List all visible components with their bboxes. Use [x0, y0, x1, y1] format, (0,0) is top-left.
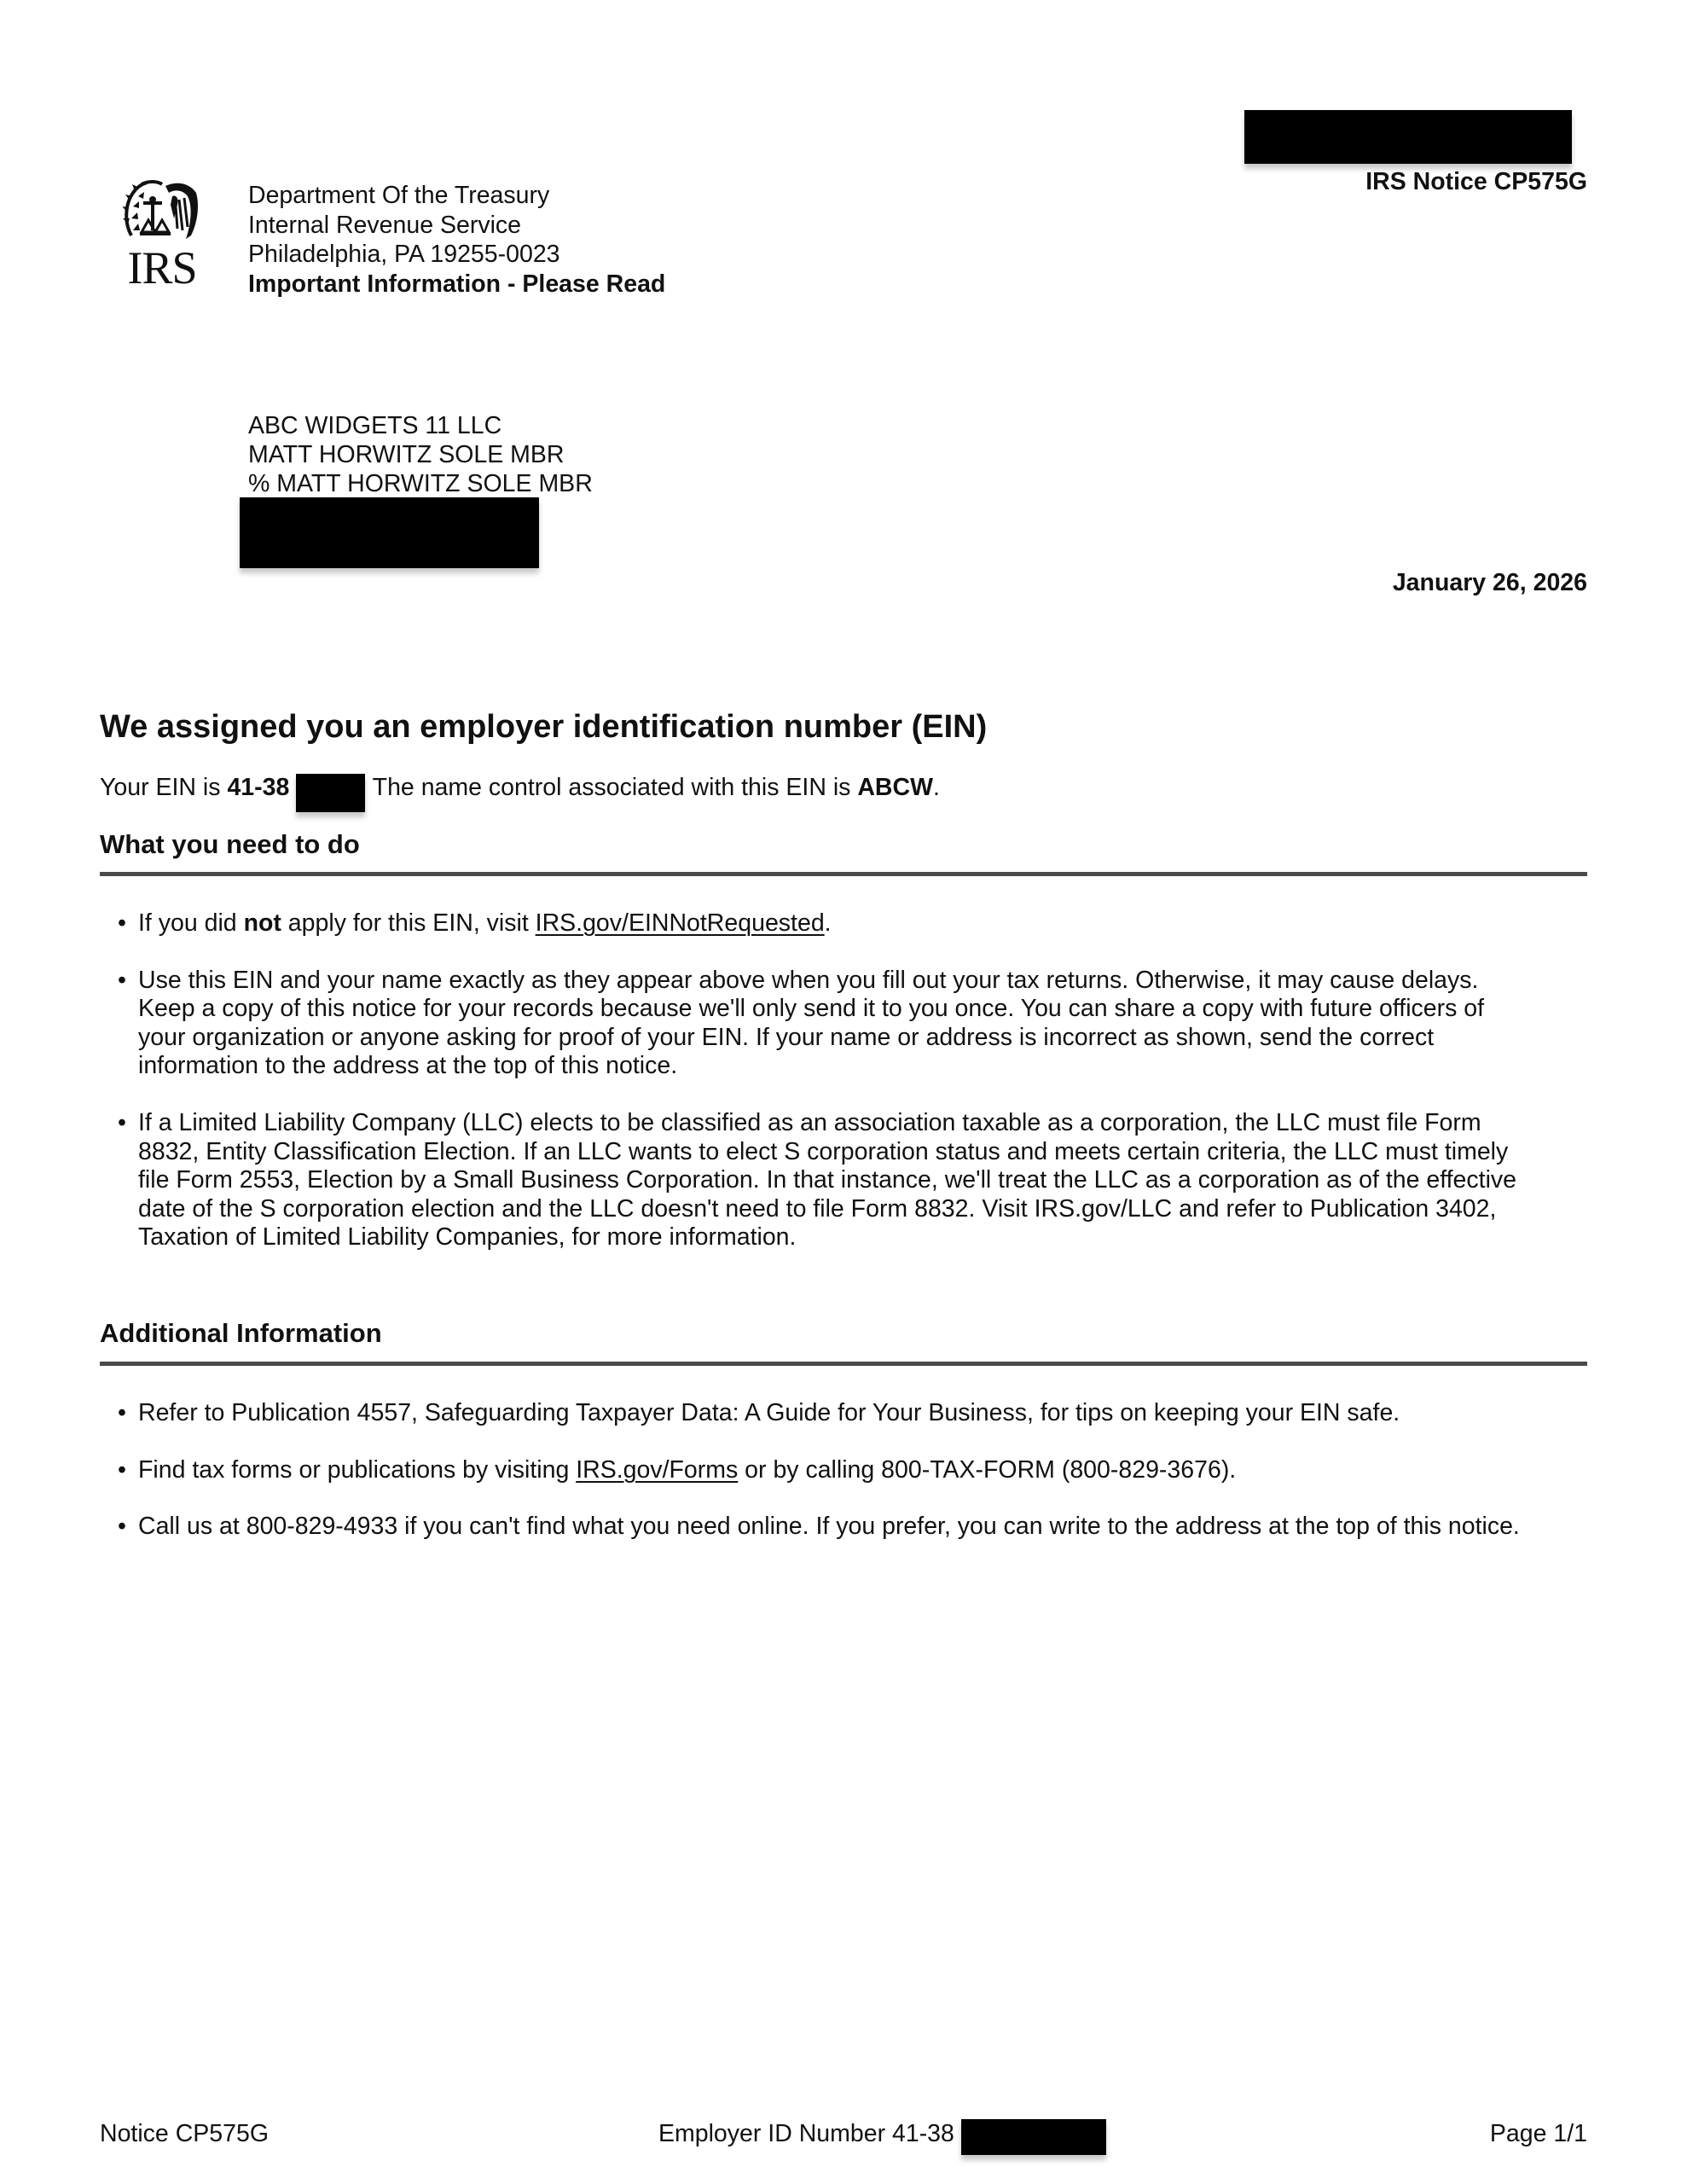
- recipient-line-member: MATT HORWITZ SOLE MBR: [248, 440, 593, 469]
- bullet-text: If a Limited Liability Company (LLC) ele…: [138, 1109, 1593, 1138]
- bullet-text: or by calling 800-TAX-FORM (800-829-3676…: [738, 1456, 1236, 1484]
- sender-line-city: Philadelphia, PA 19255-0023: [248, 240, 665, 270]
- page-title: We assigned you an employer identificati…: [100, 709, 987, 746]
- redacted-block-top: [1244, 110, 1572, 164]
- ein-visible: 41-38: [227, 774, 289, 801]
- important-notice-label: Important Information - Please Read: [248, 270, 665, 299]
- bullet-icon: •: [118, 1513, 126, 1542]
- bullet-text: .: [825, 909, 832, 937]
- bullet-text: Call us at 800-829-4933 if you can't fin…: [138, 1513, 1520, 1540]
- redacted-footer-ein: [961, 2119, 1106, 2155]
- footer-notice-id: Notice CP575G: [100, 2120, 269, 2148]
- list-item: • Refer to Publication 4557, Safeguardin…: [118, 1399, 1593, 1428]
- section-divider: [100, 1362, 1587, 1366]
- bullet-icon: •: [118, 967, 126, 996]
- irs-eagle-emblem-icon: [123, 179, 200, 247]
- additional-info-list: • Refer to Publication 4557, Safeguardin…: [118, 1399, 1593, 1542]
- bullet-text: Find tax forms or publications by visiti…: [138, 1456, 576, 1484]
- ein-statement: Your EIN is 41-38. The name control asso…: [100, 774, 940, 802]
- list-item: • Find tax forms or publications by visi…: [118, 1456, 1593, 1485]
- footer-page-number: Page 1/1: [1490, 2120, 1587, 2148]
- bullet-text: 8832, Entity Classification Election. If…: [138, 1138, 1593, 1167]
- recipient-address: ABC WIDGETS 11 LLC MATT HORWITZ SOLE MBR…: [248, 411, 593, 499]
- ein-prefix: Your EIN is: [100, 774, 227, 801]
- footer-employer-id: Employer ID Number 41-38: [658, 2120, 954, 2148]
- name-control: ABCW: [857, 774, 933, 801]
- irs-logo: IRS: [123, 179, 201, 288]
- irs-logo-text: IRS: [123, 244, 201, 292]
- irs-forms-link[interactable]: IRS.gov/Forms: [576, 1456, 738, 1484]
- notice-date: January 26, 2026: [1393, 569, 1587, 597]
- sender-address: Department Of the Treasury Internal Reve…: [248, 181, 665, 299]
- redacted-ein: [296, 774, 365, 812]
- ein-not-requested-link[interactable]: IRS.gov/EINNotRequested: [536, 909, 825, 937]
- bullet-icon: •: [118, 1399, 126, 1428]
- bullet-text: If you did: [138, 909, 244, 937]
- list-item: • If a Limited Liability Company (LLC) e…: [118, 1109, 1593, 1252]
- bullet-text: your organization or anyone asking for p…: [138, 1024, 1593, 1053]
- bullet-text-bold: not: [244, 909, 281, 937]
- list-item: • Use this EIN and your name exactly as …: [118, 967, 1593, 1081]
- bullet-icon: •: [118, 909, 126, 938]
- bullet-text: file Form 2553, Election by a Small Busi…: [138, 1166, 1593, 1195]
- ein-suffix: . The name control associated with this …: [359, 774, 857, 801]
- sender-line-agency: Internal Revenue Service: [248, 211, 665, 241]
- recipient-line-company: ABC WIDGETS 11 LLC: [248, 411, 593, 440]
- bullet-text: Keep a copy of this notice for your reco…: [138, 995, 1593, 1024]
- bullet-text: Use this EIN and your name exactly as th…: [138, 967, 1593, 996]
- what-to-do-list: • If you did not apply for this EIN, vis…: [118, 909, 1593, 1252]
- notice-id: IRS Notice CP575G: [1365, 168, 1587, 196]
- bullet-text: Refer to Publication 4557, Safeguarding …: [138, 1399, 1400, 1426]
- sender-line-department: Department Of the Treasury: [248, 181, 665, 211]
- bullet-text: information to the address at the top of…: [138, 1052, 1593, 1081]
- section-heading-additional-info: Additional Information: [100, 1318, 382, 1349]
- bullet-text: apply for this EIN, visit: [281, 909, 536, 937]
- bullet-icon: •: [118, 1456, 126, 1485]
- list-item: • Call us at 800-829-4933 if you can't f…: [118, 1513, 1593, 1542]
- section-heading-what-to-do: What you need to do: [100, 829, 360, 860]
- bullet-text: date of the S corporation election and t…: [138, 1195, 1593, 1224]
- section-divider: [100, 872, 1587, 876]
- recipient-line-care-of: % MATT HORWITZ SOLE MBR: [248, 469, 593, 498]
- bullet-icon: •: [118, 1109, 126, 1138]
- ein-end: .: [933, 774, 940, 801]
- bullet-text: Taxation of Limited Liability Companies,…: [138, 1223, 1593, 1252]
- redacted-address: [240, 497, 539, 568]
- list-item: • If you did not apply for this EIN, vis…: [118, 909, 1593, 938]
